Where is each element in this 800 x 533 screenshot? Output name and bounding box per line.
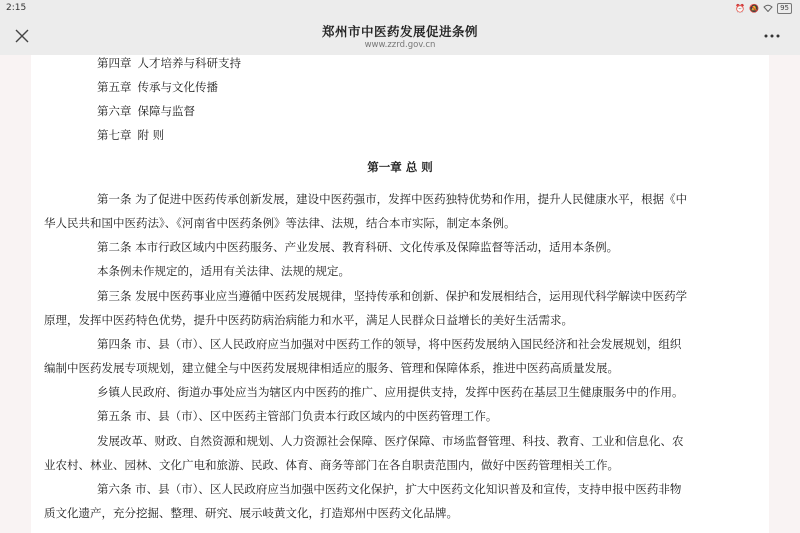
toc-item[interactable]: 第六章保障与监督 [97, 103, 769, 119]
status-time: 2:15 [6, 3, 26, 13]
paragraph-line: 原理，发挥中医药特色优势，提升中医药防病治病能力和水平，满足人民群众日益增长的美… [44, 312, 769, 328]
paragraph-line: 华人民共和国中医药法》、《河南省中医药条例》等法律、法规，结合本市实际，制定本条… [44, 215, 769, 231]
wifi-icon [763, 4, 773, 14]
toc-title: 人才培养与科研支持 [138, 56, 242, 70]
paragraph-line: 第一条 为了促进中医药传承创新发展，建设中医药强市，发挥中医药独特优势和作用，提… [97, 191, 769, 207]
paragraph-line: 第四条 市、县（市）、区人民政府应当加强对中医药工作的领导，将中医药发展纳入国民… [97, 336, 769, 352]
paragraph-line: 第三条 发展中医药事业应当遵循中医药发展规律，坚持传承和创新、保护和发展相结合，… [97, 288, 769, 304]
paragraph-line: 乡镇人民政府、街道办事处应当为辖区内中医药的推广、应用提供支持，发挥中医药在基层… [97, 384, 769, 400]
toc-chapter: 第五章 [97, 80, 132, 94]
app-header: 郑州市中医药发展促进条例 www.zzrd.gov.cn [0, 18, 800, 55]
toc-chapter: 第六章 [97, 104, 132, 118]
alarm-icon: ⏰ [735, 4, 745, 13]
toc-item[interactable]: 第七章附 则 [97, 127, 769, 143]
paragraph-line: 第六条 市、县（市）、区人民政府应当加强中医药文化保护，扩大中医药文化知识普及和… [97, 481, 769, 497]
page-title: 郑州市中医药发展促进条例 [0, 22, 800, 40]
more-button[interactable] [762, 26, 782, 46]
paragraph-line: 第五条 市、县（市）、区中医药主管部门负责本行政区域内的中医药管理工作。 [97, 408, 769, 424]
paragraph-line: 质文化遗产，充分挖掘、整理、研究、展示岐黄文化，打造郑州中医药文化品牌。 [44, 505, 769, 521]
paragraph-line: 第二条 本市行政区域内中医药服务、产业发展、教育科研、文化传承及保障监督等活动，… [97, 239, 769, 255]
toc-title: 附 则 [138, 128, 165, 142]
toc-title: 保障与监督 [138, 104, 196, 118]
status-icons: ⏰ 🔕 95 [735, 3, 792, 14]
paragraph-line: 编制中医药发展专项规划，建立健全与中医药发展规律相适应的服务、管理和保障体系，推… [44, 360, 769, 376]
status-bar: 2:15 ⏰ 🔕 95 [0, 0, 800, 18]
toc-item[interactable]: 第五章传承与文化传播 [97, 79, 769, 95]
mute-icon: 🔕 [749, 4, 759, 13]
paragraph-line: 发展改革、财政、自然资源和规划、人力资源社会保障、医疗保障、市场监督管理、科技、… [97, 433, 769, 449]
more-icon [764, 34, 780, 38]
paragraph-line: 业农村、林业、园林、文化广电和旅游、民政、体育、商务等部门在各自职责范围内，做好… [44, 457, 769, 473]
battery-indicator: 95 [777, 3, 792, 14]
toc-chapter: 第七章 [97, 128, 132, 142]
toc-item[interactable]: 第四章人才培养与科研支持 [97, 55, 769, 71]
document-page: 第四章人才培养与科研支持 第五章传承与文化传播 第六章保障与监督 第七章附 则 … [31, 55, 769, 533]
chapter-heading: 第一章 总 则 [31, 159, 769, 175]
toc-title: 传承与文化传播 [138, 80, 219, 94]
page-url: www.zzrd.gov.cn [0, 40, 800, 50]
paragraph-line: 本条例未作规定的，适用有关法律、法规的规定。 [97, 263, 769, 279]
toc-chapter: 第四章 [97, 56, 132, 70]
